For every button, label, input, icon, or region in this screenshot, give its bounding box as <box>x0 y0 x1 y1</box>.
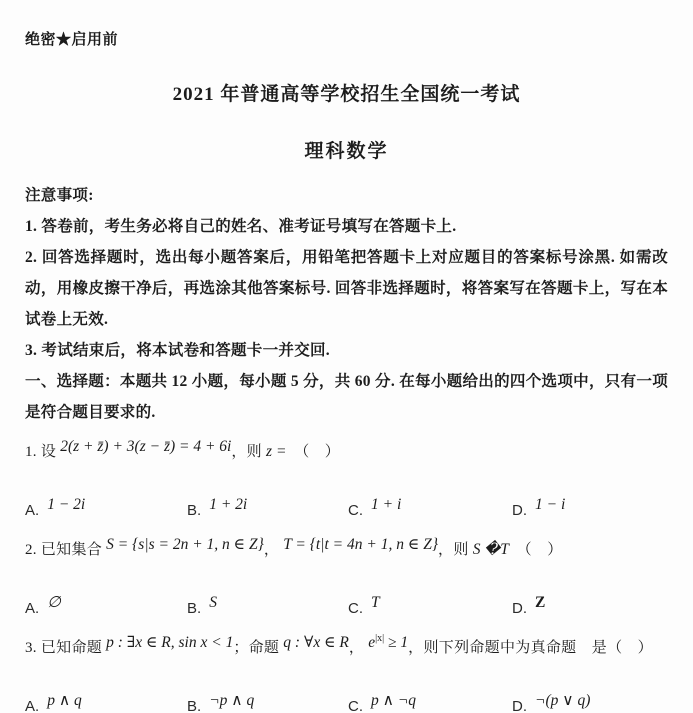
question-2-answer-blank: （ ） <box>509 542 563 558</box>
option-2D-value: Z <box>535 594 545 611</box>
question-1-lead: 设 <box>41 444 56 460</box>
notice-item-3: 3. 考试结束后，将本试卷和答题卡一并交回. <box>25 335 668 366</box>
question-1-mid: ，则 <box>231 444 266 460</box>
notice-item-1: 1. 答卷前，考生务必将自己的姓名、准考证号填写在答题卡上. <box>25 211 668 242</box>
option-3B: B.¬p ∧ q <box>187 697 348 713</box>
question-2-options: A.∅ B.S C.T D.Z <box>25 582 668 618</box>
option-3C-letter: C. <box>348 698 363 713</box>
question-1: 1.设 2(z + z̄) + 3(z − z̄) = 4 + 6i，则 z =… <box>25 440 668 520</box>
question-3-answer-blank: ，则下列命题中为真命题 是（ ） <box>408 640 653 656</box>
option-3D-value: ¬(p ∨ q) <box>535 692 590 709</box>
section-heading: 一、选择题：本题共 12 小题，每小题 5 分，共 60 分. 在每小题给出的四… <box>25 366 668 428</box>
question-3-formula-q: q : ∀x ∈ R <box>283 634 349 651</box>
option-2D-letter: D. <box>512 600 527 617</box>
option-3A: A.p ∧ q <box>25 697 187 713</box>
question-3-comma: ， <box>349 640 368 656</box>
exam-paper-page: 绝密★启用前 2021 年普通高等学校招生全国统一考试 理科数学 注意事项: 1… <box>0 0 693 713</box>
exam-title: 2021 年普通高等学校招生全国统一考试 <box>25 79 668 106</box>
option-1D: D.1 − i <box>512 502 668 520</box>
option-3A-letter: A. <box>25 698 39 713</box>
option-3A-value: p ∧ q <box>47 692 82 709</box>
question-3-lead: 已知命题 <box>41 640 102 656</box>
option-1C: C.1 + i <box>348 502 512 520</box>
question-2-comma: ， <box>264 542 283 558</box>
option-2A-letter: A. <box>25 600 39 617</box>
option-3B-letter: B. <box>187 698 201 713</box>
option-1D-value: 1 − i <box>535 496 565 513</box>
option-1C-value: 1 + i <box>371 496 401 513</box>
notice-section: 注意事项: 1. 答卷前，考生务必将自己的姓名、准考证号填写在答题卡上. 2. … <box>25 180 668 366</box>
question-1-number: 1. <box>25 444 37 460</box>
question-3-mid1: ；命题 <box>233 640 279 656</box>
question-1-text: 1.设 2(z + z̄) + 3(z − z̄) = 4 + 6i，则 z =… <box>25 440 668 472</box>
question-1-formula: 2(z + z̄) + 3(z − z̄) = 4 + 6i <box>60 438 231 455</box>
classification-label: 绝密★启用前 <box>25 28 668 49</box>
question-2: 2.已知集合 S = {s|s = 2n + 1, n ∈ Z}， T = {t… <box>25 538 668 618</box>
question-3-options: A.p ∧ q B.¬p ∧ q C.p ∧ ¬q D.¬(p ∨ q) <box>25 680 668 713</box>
option-1B-letter: B. <box>187 502 201 519</box>
question-2-number: 2. <box>25 542 37 558</box>
notice-heading: 注意事项: <box>25 180 668 211</box>
question-3-text: 3.已知命题 p : ∃x ∈ R, sin x < 1；命题 q : ∀x ∈… <box>25 636 668 668</box>
question-1-options: A.1 − 2i B.1 + 2i C.1 + i D.1 − i <box>25 484 668 520</box>
option-2B-letter: B. <box>187 600 201 617</box>
option-1D-letter: D. <box>512 502 527 519</box>
option-3C: C.p ∧ ¬q <box>348 697 512 713</box>
question-3: 3.已知命题 p : ∃x ∈ R, sin x < 1；命题 q : ∀x ∈… <box>25 636 668 713</box>
option-1C-letter: C. <box>348 502 363 519</box>
option-2A-value: ∅ <box>47 594 61 611</box>
option-2B-value: S <box>209 594 217 611</box>
option-2A: A.∅ <box>25 599 187 618</box>
question-2-formula-st: S �T <box>473 541 509 558</box>
option-3D: D.¬(p ∨ q) <box>512 697 668 713</box>
option-1A-letter: A. <box>25 502 39 519</box>
notice-item-2: 2. 回答选择题时，选出每小题答案后，用铅笔把答题卡上对应题目的答案标号涂黑. … <box>25 242 668 335</box>
option-3D-letter: D. <box>512 698 527 713</box>
question-3-number: 3. <box>25 640 37 656</box>
option-1B-value: 1 + 2i <box>209 496 247 513</box>
option-2C-value: T <box>371 594 380 611</box>
option-2D: D.Z <box>512 600 668 618</box>
question-2-formula-t: T = {t|t = 4n + 1, n ∈ Z} <box>283 536 438 553</box>
question-2-text: 2.已知集合 S = {s|s = 2n + 1, n ∈ Z}， T = {t… <box>25 538 668 570</box>
exam-subject: 理科数学 <box>25 136 668 163</box>
option-3B-value: ¬p ∧ q <box>209 692 254 709</box>
e-exponent: |x| <box>375 633 384 644</box>
question-3-formula-p: p : ∃x ∈ R, sin x < 1 <box>106 634 233 651</box>
question-2-mid: ，则 <box>438 542 473 558</box>
question-3-formula-e: e|x| ≥ 1 <box>368 634 408 651</box>
option-2B: B.S <box>187 600 348 618</box>
option-3C-value: p ∧ ¬q <box>371 692 416 709</box>
option-1A: A.1 − 2i <box>25 502 187 520</box>
option-1B: B.1 + 2i <box>187 502 348 520</box>
question-1-formula2: z = <box>266 443 286 460</box>
question-2-formula-s: S = {s|s = 2n + 1, n ∈ Z} <box>106 536 264 553</box>
option-2C: C.T <box>348 600 512 618</box>
e-rest: ≥ 1 <box>384 634 408 651</box>
option-1A-value: 1 − 2i <box>47 496 85 513</box>
option-2C-letter: C. <box>348 600 363 617</box>
question-1-answer-blank: （ ） <box>286 444 340 460</box>
question-2-lead: 已知集合 <box>41 542 102 558</box>
